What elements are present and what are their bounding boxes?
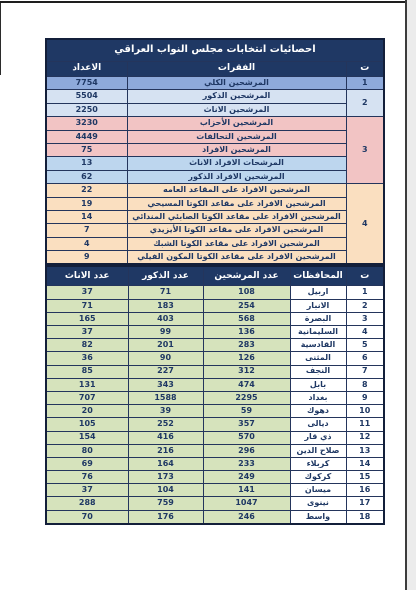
candidates-count-cell: 233 [203,457,290,470]
candidates-count-cell: 474 [203,378,290,391]
females-count-cell: 71 [46,299,128,312]
page-margin-right [407,0,416,590]
governorate-row: 6المثنى1269036 [46,352,384,365]
females-count-cell: 69 [46,457,128,470]
candidates-count-cell: 108 [203,286,290,299]
worksheet: احصائيات انتخابات مجلس النواب العراقي ت … [47,38,385,525]
females-count-cell: 131 [46,378,128,391]
summary-row: المرشحين الافراد على مقاعد الكوتا المسيح… [46,197,384,210]
summary-row: المرشحين الافراد على مقاعد الكوتا الشبك4 [46,237,384,250]
summary-count-cell: 13 [46,157,127,170]
summary-table-body: 1المرشحين الكلي77542المرشحين الذكور5504ا… [46,77,384,265]
governorate-serial-cell: 1 [346,286,384,299]
females-count-cell: 288 [46,497,128,510]
governorate-name-cell: اربيل [290,286,346,299]
window-top-border [0,1,406,3]
governorate-serial-cell: 2 [346,299,384,312]
summary-item-cell: المرشحين الاناث [127,103,346,116]
governorate-serial-cell: 4 [346,326,384,339]
females-count-cell: 80 [46,444,128,457]
governorate-name-cell: نينوى [290,497,346,510]
males-count-cell: 176 [128,510,203,524]
candidates-count-cell: 568 [203,312,290,325]
governorate-row: 5القادسية28320182 [46,339,384,352]
governorate-row: 12ذي قار570416154 [46,431,384,444]
governorate-row: 8بابل474343131 [46,378,384,391]
governorate-serial-cell: 5 [346,339,384,352]
governorate-serial-cell: 7 [346,365,384,378]
governorate-table-body: 1اربيل10871372الانبار254183713البصرة5684… [46,286,384,524]
summary-item-cell: المرشحين الافراد على مقاعد الكوتا المكون… [127,251,346,265]
governorate-name-cell: البصرة [290,312,346,325]
governorate-serial-cell: 14 [346,457,384,470]
summary-count-cell: 22 [46,184,127,197]
governorate-serial-cell: 17 [346,497,384,510]
governorate-serial-cell: 15 [346,471,384,484]
governorate-row: 9بغداد22951588707 [46,391,384,404]
females-count-cell: 36 [46,352,128,365]
governorate-serial-cell: 8 [346,378,384,391]
candidates-count-cell: 254 [203,299,290,312]
governorate-name-cell: المثنى [290,352,346,365]
summary-count-cell: 4 [46,237,127,250]
summary-row: المرشحين الافراد الذكور62 [46,170,384,183]
governorate-row: 17نينوى1047759288 [46,497,384,510]
candidates-count-cell: 246 [203,510,290,524]
summary-count-cell: 9 [46,251,127,265]
governorate-serial-cell: 18 [346,510,384,524]
summary-item-cell: المرشحين الافراد على مقاعد الكوتا الشبك [127,237,346,250]
governorate-row: 14كربلاء23316469 [46,457,384,470]
males-count-cell: 216 [128,444,203,457]
summary-row: المرشحين الافراد على مقاعد الكوتا المكون… [46,251,384,265]
governorate-name-cell: دهوك [290,405,346,418]
summary-count-cell: 7754 [46,77,127,90]
females-count-cell: 20 [46,405,128,418]
summary-item-cell: المرشحين الافراد [127,143,346,156]
governorate-serial-cell: 11 [346,418,384,431]
column-header-serial: ت [346,62,384,77]
candidates-count-cell: 1047 [203,497,290,510]
governorate-row: 2الانبار25418371 [46,299,384,312]
summary-item-cell: المرشحين الافراد على المقاعد العامه [127,184,346,197]
column-header-counts: الاعداد [46,62,127,77]
males-count-cell: 173 [128,471,203,484]
males-count-cell: 39 [128,405,203,418]
males-count-cell: 416 [128,431,203,444]
females-count-cell: 154 [46,431,128,444]
candidates-count-cell: 357 [203,418,290,431]
males-count-cell: 252 [128,418,203,431]
summary-row: 2المرشحين الذكور5504 [46,90,384,103]
window-left-edge [0,3,1,75]
males-count-cell: 759 [128,497,203,510]
column-header-candidates: عدد المرشحين [203,266,290,286]
summary-count-cell: 3230 [46,117,127,130]
summary-count-cell: 5504 [46,90,127,103]
summary-row: 1المرشحين الكلي7754 [46,77,384,90]
males-count-cell: 1588 [128,391,203,404]
summary-count-cell: 7 [46,224,127,237]
males-count-cell: 71 [128,286,203,299]
governorate-row: 4السليمانية1369937 [46,326,384,339]
summary-row: 3المرشحين الأحزاب3230 [46,117,384,130]
governorate-row: 11ديالى357252105 [46,418,384,431]
candidates-count-cell: 570 [203,431,290,444]
governorate-table: ت المحافظات عدد المرشحين عدد الذكور عدد … [45,265,385,524]
females-count-cell: 76 [46,471,128,484]
summary-item-cell: المرشحين التحالفات [127,130,346,143]
governorate-name-cell: النجف [290,365,346,378]
candidates-count-cell: 283 [203,339,290,352]
summary-serial-cell: 2 [346,90,384,117]
summary-serial-cell: 4 [346,184,384,265]
females-count-cell: 165 [46,312,128,325]
governorate-name-cell: الانبار [290,299,346,312]
governorate-name-cell: السليمانية [290,326,346,339]
summary-row: المرشحين الافراد على مقاعد الكوتا الأيزي… [46,224,384,237]
summary-item-cell: المرشحات الافراد الاناث [127,157,346,170]
governorate-row: 18واسط24617670 [46,510,384,524]
males-count-cell: 90 [128,352,203,365]
candidates-count-cell: 141 [203,484,290,497]
males-count-cell: 164 [128,457,203,470]
summary-count-cell: 19 [46,197,127,210]
candidates-count-cell: 312 [203,365,290,378]
governorate-name-cell: بغداد [290,391,346,404]
summary-item-cell: المرشحين الافراد على مقاعد الكوتا المسيح… [127,197,346,210]
governorate-row: 16ميسان14110437 [46,484,384,497]
governorate-name-cell: صلاح الدين [290,444,346,457]
summary-row: المرشحين الافراد75 [46,143,384,156]
summary-count-cell: 75 [46,143,127,156]
column-header-items: الفقرات [127,62,346,77]
males-count-cell: 343 [128,378,203,391]
summary-count-cell: 4449 [46,130,127,143]
summary-count-cell: 14 [46,210,127,223]
governorate-serial-cell: 12 [346,431,384,444]
males-count-cell: 227 [128,365,203,378]
summary-row: المرشحين الافراد على مقاعد الكوتا الصابئ… [46,210,384,223]
column-header-females: عدد الاناث [46,266,128,286]
summary-row: المرشحين الاناث2250 [46,103,384,116]
candidates-count-cell: 126 [203,352,290,365]
governorate-name-cell: القادسية [290,339,346,352]
summary-header-row: ت الفقرات الاعداد [46,62,384,77]
candidates-count-cell: 249 [203,471,290,484]
females-count-cell: 85 [46,365,128,378]
summary-row: المرشحات الافراد الاناث13 [46,157,384,170]
females-count-cell: 82 [46,339,128,352]
screenshot-root: { "title": "احصائيات انتخابات مجلس النوا… [0,0,416,590]
column-header-males: عدد الذكور [128,266,203,286]
summary-count-cell: 2250 [46,103,127,116]
governorate-name-cell: ميسان [290,484,346,497]
governorate-name-cell: بابل [290,378,346,391]
governorate-row: 1اربيل1087137 [46,286,384,299]
males-count-cell: 403 [128,312,203,325]
summary-table: احصائيات انتخابات مجلس النواب العراقي ت … [45,38,385,265]
title-row: احصائيات انتخابات مجلس النواب العراقي [46,39,384,62]
column-header-governorate: المحافظات [290,266,346,286]
summary-row: 4المرشحين الافراد على المقاعد العامه22 [46,184,384,197]
summary-item-cell: المرشحين الافراد الذكور [127,170,346,183]
governorate-name-cell: كربلاء [290,457,346,470]
males-count-cell: 201 [128,339,203,352]
governorate-name-cell: ديالى [290,418,346,431]
governorate-header-row: ت المحافظات عدد المرشحين عدد الذكور عدد … [46,266,384,286]
summary-count-cell: 62 [46,170,127,183]
governorate-serial-cell: 9 [346,391,384,404]
governorate-row: 10دهوك593920 [46,405,384,418]
males-count-cell: 104 [128,484,203,497]
governorate-serial-cell: 16 [346,484,384,497]
governorate-row: 15كركوك24917376 [46,471,384,484]
governorate-name-cell: واسط [290,510,346,524]
females-count-cell: 37 [46,484,128,497]
summary-item-cell: المرشحين الذكور [127,90,346,103]
governorate-serial-cell: 6 [346,352,384,365]
governorate-row: 3البصرة568403165 [46,312,384,325]
summary-item-cell: المرشحين الافراد على مقاعد الكوتا الأيزي… [127,224,346,237]
females-count-cell: 70 [46,510,128,524]
summary-serial-cell: 3 [346,117,384,184]
governorate-name-cell: ذي قار [290,431,346,444]
summary-serial-cell: 1 [346,77,384,90]
summary-item-cell: المرشحين الافراد على مقاعد الكوتا الصابئ… [127,210,346,223]
females-count-cell: 37 [46,286,128,299]
females-count-cell: 105 [46,418,128,431]
candidates-count-cell: 296 [203,444,290,457]
males-count-cell: 183 [128,299,203,312]
governorate-row: 13صلاح الدين29621680 [46,444,384,457]
governorate-serial-cell: 3 [346,312,384,325]
candidates-count-cell: 59 [203,405,290,418]
governorate-serial-cell: 10 [346,405,384,418]
summary-item-cell: المرشحين الأحزاب [127,117,346,130]
governorate-serial-cell: 13 [346,444,384,457]
females-count-cell: 37 [46,326,128,339]
males-count-cell: 99 [128,326,203,339]
candidates-count-cell: 2295 [203,391,290,404]
governorate-row: 7النجف31222785 [46,365,384,378]
candidates-count-cell: 136 [203,326,290,339]
females-count-cell: 707 [46,391,128,404]
column-header-gov-serial: ت [346,266,384,286]
summary-row: المرشحين التحالفات4449 [46,130,384,143]
summary-item-cell: المرشحين الكلي [127,77,346,90]
governorate-name-cell: كركوك [290,471,346,484]
report-title: احصائيات انتخابات مجلس النواب العراقي [46,39,384,62]
